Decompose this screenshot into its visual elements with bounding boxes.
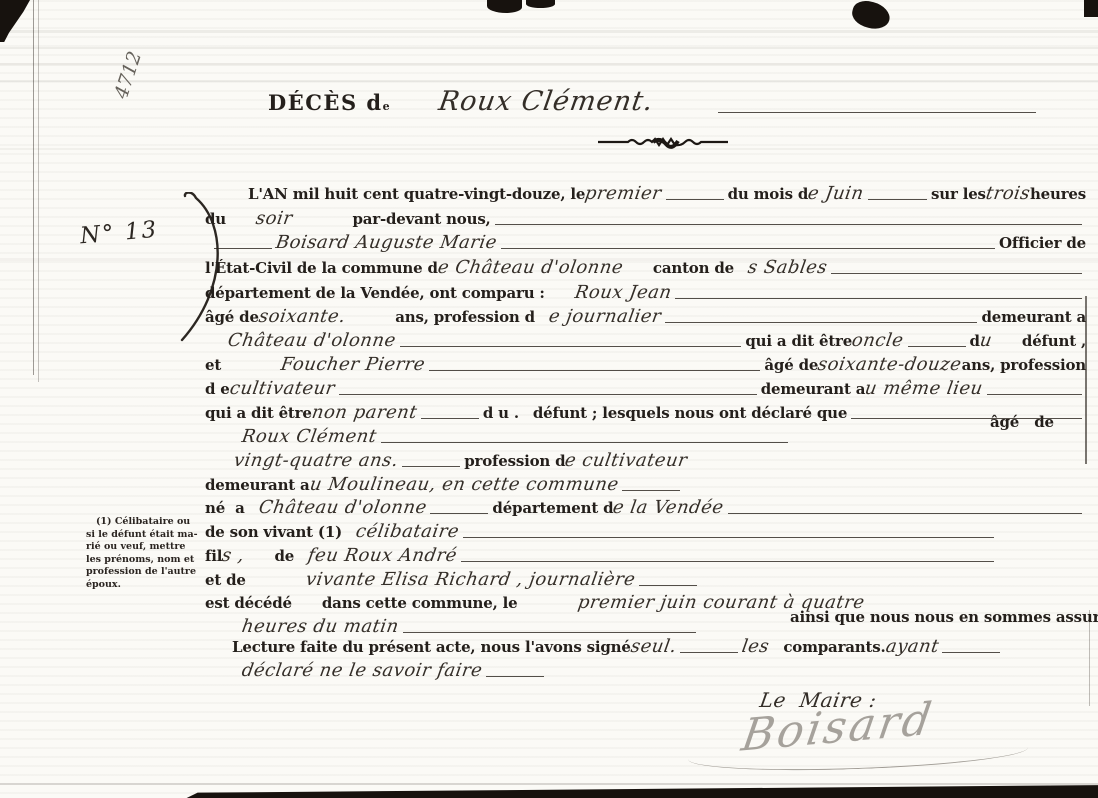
form-line-16: fil s , de feu Roux André (205, 545, 998, 566)
printed-text: L'AN mil huit cent quatre-vingt-douze, l… (248, 185, 585, 203)
printed-text: né a (205, 499, 245, 517)
printed-text: d e (205, 380, 230, 398)
witness2-name: Foucher Pierre (279, 354, 426, 375)
father-name: feu Roux André (306, 545, 458, 566)
printed-text: ans, profession d (395, 308, 535, 326)
printed-text: l'État-Civil de la commune d (205, 259, 438, 277)
form-line-6: âgé de soixante. ans, profession d e jou… (205, 306, 1086, 327)
printed-text: du (205, 210, 226, 228)
officer-name: Boisard Auguste Marie (274, 232, 498, 253)
ink-blob (526, 0, 555, 8)
form-line-10: qui a dit être non parent d u . défunt ;… (205, 402, 1086, 423)
deceased-birthplace: Château d'olonne (257, 497, 428, 518)
printed-text: demeurant a (205, 476, 310, 494)
printed-text: Officier de (999, 234, 1086, 252)
printed-text: par-devant nous, (352, 210, 490, 228)
fold-line (38, 0, 39, 382)
form-rule-line (728, 513, 1082, 514)
form-line-14: né a Château d'olonne département d e la… (205, 497, 1086, 518)
witness1-profession: e journalier (547, 306, 662, 327)
form-rule-line (429, 370, 760, 371)
printed-text: et (205, 356, 221, 374)
form-rule-line (381, 442, 788, 443)
printed-text: du mois d (728, 185, 809, 203)
handwritten-les: les (741, 636, 771, 657)
witness2-relation: non parent (310, 402, 418, 423)
printed-text: dans cette commune, le (322, 594, 518, 612)
printed-text: défunt , (1022, 332, 1086, 350)
form-rule-line (486, 676, 544, 677)
form-rule-line (421, 418, 479, 419)
handwritten-day: premier (584, 183, 664, 204)
form-line-5: département de la Vendée, ont comparu : … (205, 282, 1086, 303)
printed-text: fil (205, 547, 222, 565)
printed-text: âgé de (990, 413, 1054, 431)
printed-text: sur les (931, 185, 986, 203)
form-rule-line (463, 537, 994, 538)
death-certificate-scan: 4712 N° 13 (1) Célibataire ou si le défu… (0, 0, 1098, 798)
form-line-10b: âgé de (990, 413, 1084, 431)
form-line-1: L'AN mil huit cent quatre-vingt-douze, l… (248, 183, 1086, 204)
printed-text: défunt ; lesquels nous ont déclaré que (533, 404, 847, 422)
scan-streak (0, 47, 1098, 49)
form-rule-line (908, 346, 966, 347)
form-rule-line (461, 561, 994, 562)
handwritten-signed-alone: seul. (629, 636, 678, 657)
form-line-13: demeurant a u Moulineau, en cette commun… (205, 474, 768, 495)
mother-name: vivante Elisa Richard , journalière (304, 569, 637, 590)
page-edge-line (1089, 610, 1090, 706)
form-rule-line (987, 394, 1082, 395)
witness1-relation: oncle (850, 330, 905, 351)
title-printed-ending: e (383, 100, 390, 113)
form-line-17: et de vivante Elisa Richard , journalièr… (205, 569, 918, 590)
printed-text: canton de (653, 259, 734, 277)
form-line-12: vingt-quatre ans. profession d e cultiva… (234, 450, 870, 471)
witness2-age: soixante-douze (817, 354, 964, 375)
printed-text: âgé de (205, 308, 259, 326)
form-rule-line (639, 585, 697, 586)
act-number: N° 13 (79, 217, 159, 250)
form-rule-line (680, 652, 738, 653)
decorative-squiggle (598, 134, 728, 150)
ink-blob (849, 0, 892, 32)
signature-flourish-line (688, 732, 1029, 775)
printed-text: est décédé (205, 594, 292, 612)
printed-text: département d (492, 499, 613, 517)
form-rule-line (666, 199, 724, 200)
form-rule-line (675, 298, 1082, 299)
death-hour: heures du matin (240, 616, 400, 637)
form-line-21: déclaré ne le savoir faire (242, 660, 658, 681)
form-line-15: de son vivant (1) célibataire (205, 521, 998, 542)
fold-line (33, 0, 34, 375)
form-line-3: Boisard Auguste Marie Officier de (210, 232, 1086, 253)
ink-blob (487, 0, 522, 13)
form-line-9: d e cultivateur demeurant a u même lieu (205, 378, 1086, 399)
form-rule-line (718, 112, 1036, 113)
scan-streak (0, 30, 1098, 33)
form-line-4: l'État-Civil de la commune d e Château d… (205, 257, 1086, 278)
pencil-archive-number: 4712 (110, 49, 146, 102)
deceased-name-body: Roux Clément (240, 426, 378, 447)
form-rule-line (400, 346, 742, 347)
form-line-20: Lecture faite du présent acte, nous l'av… (232, 636, 1086, 657)
deceased-name: Roux Clément. (437, 86, 656, 117)
printed-text: de (274, 547, 294, 565)
form-rule-line (214, 248, 272, 249)
scan-streak (0, 63, 1098, 66)
page-edge-line (1085, 296, 1087, 464)
printed-text: comparants. (783, 638, 885, 656)
form-rule-line (403, 632, 696, 633)
form-rule-line (430, 513, 488, 514)
marital-status: célibataire (354, 521, 460, 542)
printed-text: et de (205, 571, 246, 589)
printed-text: qui a dit être (205, 404, 312, 422)
handwritten-ayant: ayant (884, 636, 940, 657)
printed-text: heures (1030, 185, 1086, 203)
handwritten-ending: s , (221, 545, 247, 566)
form-rule-line (665, 322, 977, 323)
scan-edge-band (0, 784, 1098, 798)
deceased-profession: e cultivateur (564, 450, 690, 471)
scan-edge-shadow (0, 783, 1098, 785)
form-rule-line (501, 248, 995, 249)
witness2-residence: u même lieu (864, 378, 985, 399)
printed-text: âgé de (764, 356, 818, 374)
printed-text: qui a dit être (745, 332, 852, 350)
form-line-2: du soir par-devant nous, (205, 208, 1086, 229)
form-rule-line (868, 199, 927, 200)
ink-blob (1084, 0, 1098, 17)
printed-text: demeurant a (981, 308, 1086, 326)
title-printed: DÉCÈS d (268, 90, 383, 115)
witness1-age: soixante. (257, 306, 347, 327)
form-rule-line (495, 224, 1082, 225)
form-rule-line (942, 652, 1000, 653)
form-line-7: Château d'olonne qui a dit être oncle d … (228, 330, 1086, 351)
form-line-11: Roux Clément (242, 426, 792, 447)
handwritten-month: e Juin (806, 183, 865, 204)
witness1-name: Roux Jean (573, 282, 673, 303)
printed-text: Lecture faite du présent acte, nous l'av… (232, 638, 631, 656)
birth-department: e la Vendée (612, 497, 726, 518)
handwritten-hour: trois (984, 183, 1031, 204)
form-rule-line (339, 394, 757, 395)
scan-streak (0, 148, 1098, 150)
printed-text: ainsi que nous nous en sommes assuré. (790, 608, 1098, 626)
form-rule-line (622, 490, 680, 491)
handwritten-ending: u (978, 330, 993, 351)
printed-text: de son vivant (1) (205, 523, 342, 541)
printed-text: profession d (464, 452, 565, 470)
form-line-19: heures du matin (242, 616, 700, 637)
handwritten-cannot-sign: déclaré ne le savoir faire (240, 660, 484, 681)
commune-name: e Château d'olonne (436, 257, 624, 278)
deceased-residence: u Moulineau, en cette commune (308, 474, 620, 495)
deceased-age: vingt-quatre ans. (232, 450, 400, 471)
printed-text: département de la Vendée, ont comparu : (205, 284, 545, 302)
handwritten-time-of-day: soir (254, 208, 294, 229)
form-line-18b: ainsi que nous nous en sommes assuré. (790, 608, 1084, 626)
canton-name: s Sables (746, 257, 829, 278)
witness2-profession: cultivateur (228, 378, 336, 399)
printed-text: ans, profession (962, 356, 1086, 374)
printed-text: d u . (483, 404, 519, 422)
form-rule-line (402, 466, 460, 467)
printed-text: demeurant a (761, 380, 866, 398)
witness1-residence: Château d'olonne (226, 330, 397, 351)
ink-blob (0, 0, 30, 42)
form-rule-line (831, 273, 1082, 274)
scan-streak (0, 80, 1098, 82)
title-line: DÉCÈS de Roux Clément. (268, 86, 1040, 117)
form-line-8: et Foucher Pierre âgé de soixante-douze … (205, 354, 1086, 375)
